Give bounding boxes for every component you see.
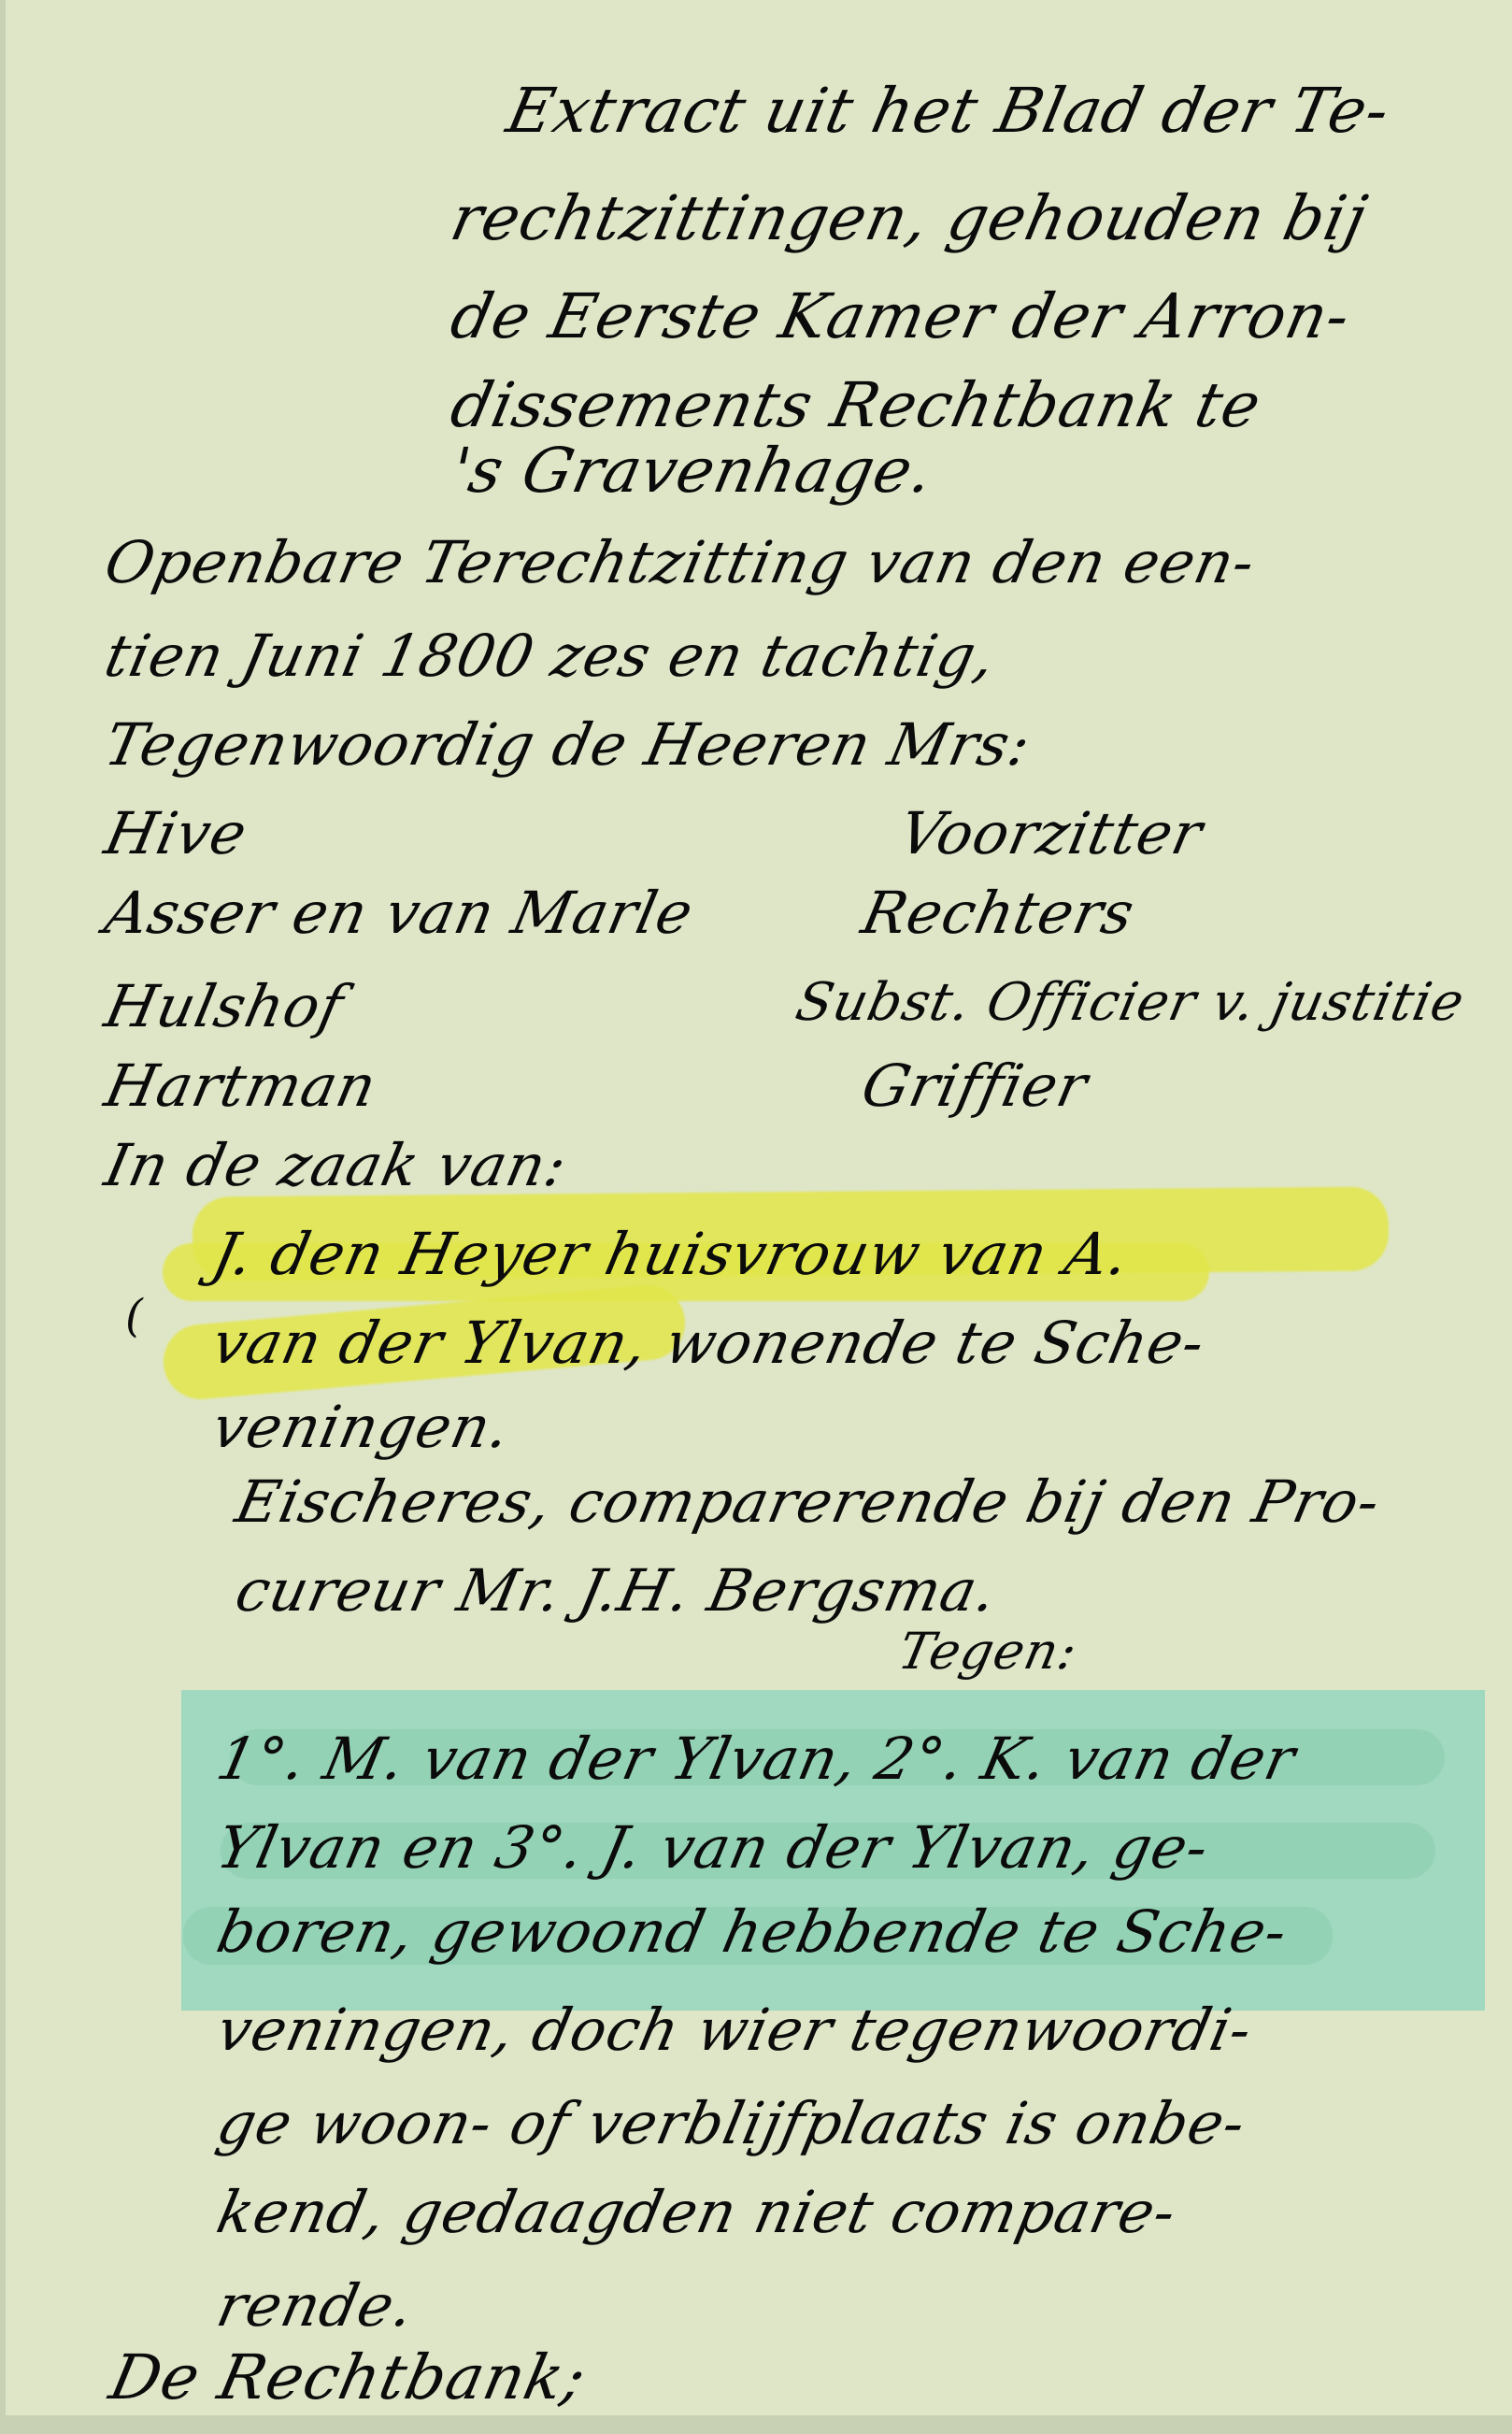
defendants-line-3: boren, gewoond hebbende te Sche- xyxy=(211,1897,1293,1966)
defendants-line-2: Ylvan en 3°. J. van der Ylvan, ge- xyxy=(211,1813,1215,1882)
plaintiff-line-2: van der Ylvan, wonende te Sche- xyxy=(207,1309,1211,1377)
heading-line-5: 's Gravenhage. xyxy=(445,435,940,507)
defendants-rest-2: ge woon- of verblijfplaats is onbe- xyxy=(211,2089,1252,2157)
closing-line: De Rechtbank; xyxy=(104,2341,592,2413)
document-page: Extract uit het Blad der Te- rechtzittin… xyxy=(6,0,1512,2415)
heading-line-4: dissements Rechtbank te xyxy=(445,369,1267,441)
member-name-1: Hive xyxy=(99,799,253,867)
heading-line-1: Extract uit het Blad der Te- xyxy=(501,75,1396,147)
defendants-rest-4: rende. xyxy=(211,2271,421,2340)
plaintiff-line-3: veningen. xyxy=(207,1393,517,1461)
case-intro: In de zaak van: xyxy=(99,1131,573,1199)
counsel-line-2: cureur Mr. J.H. Bergsma. xyxy=(230,1556,1004,1625)
member-name-2: Asser en van Marle xyxy=(99,879,700,947)
session-line-3: Tegenwoordig de Heeren Mrs: xyxy=(99,710,1037,779)
plaintiff-line-1: J. den Heyer huisvrouw van A. xyxy=(207,1220,1135,1288)
defendants-rest-3: kend, gedaagden niet compare- xyxy=(211,2178,1182,2246)
member-name-3: Hulshof xyxy=(99,972,349,1040)
defendants-line-1: 1°. M. van der Ylvan, 2°. K. van der xyxy=(211,1725,1302,1793)
counsel-line-1: Eischeres, comparerende bij den Pro- xyxy=(230,1468,1387,1536)
against-label: Tegen: xyxy=(893,1622,1083,1681)
margin-bracket-mark: ( xyxy=(125,1290,143,1342)
member-name-4: Hartman xyxy=(99,1052,383,1120)
member-role-4: Griffier xyxy=(856,1052,1094,1120)
defendants-rest-1: veningen, doch wier tegenwoordi- xyxy=(211,1996,1259,2064)
heading-line-2: rechtzittingen, gehouden bij xyxy=(445,182,1374,254)
member-role-3: Subst. Officier v. justitie xyxy=(791,972,1470,1033)
member-role-1: Voorzitter xyxy=(893,799,1209,867)
session-line-2: tien Juni 1800 zes en tachtig, xyxy=(99,622,1002,690)
member-role-2: Rechters xyxy=(856,879,1141,947)
session-line-1: Openbare Terechtzitting van den een- xyxy=(99,528,1262,596)
heading-line-3: de Eerste Kamer der Arron- xyxy=(445,280,1357,352)
